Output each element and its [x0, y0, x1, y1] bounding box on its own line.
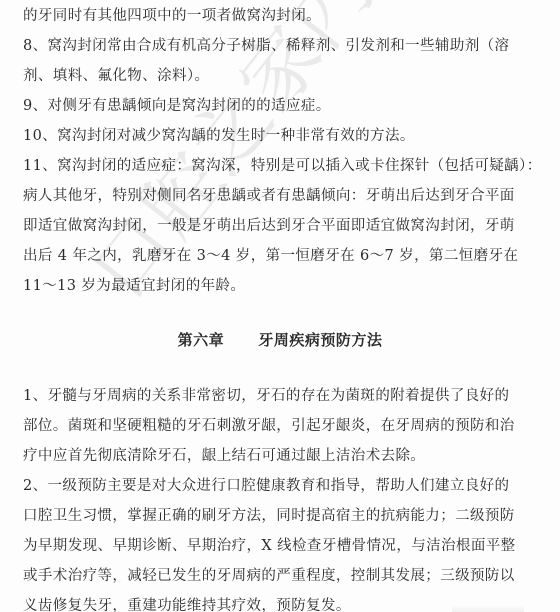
- paragraph-line: 11～13 岁为最适宜封闭的年龄。: [23, 276, 245, 296]
- paragraph-line: 为早期发现、早期诊断、早期治疗，X 线检查牙槽骨情况，与洁治根面平整: [23, 536, 516, 556]
- paragraph-line: 9、对侧牙有患龋倾向是窝沟封闭的的适应症。: [23, 96, 331, 116]
- document-page: 口腔之家内部资料 的牙同时有其他四项中的一项者做窝沟封闭。 8、窝沟封闭常由合成…: [0, 0, 560, 612]
- paragraph-line: 或手术治疗等，减轻已发生的牙周病的严重程度，控制其发展；三级预防以: [23, 566, 515, 586]
- paragraph-line: 10、窝沟封闭对减少窝沟龋的发生时一种非常有效的方法。: [23, 126, 415, 146]
- paragraph-line: 1、牙髓与牙周病的关系非常密切，牙石的存在为菌斑的附着提供了良好的: [23, 386, 509, 406]
- paragraph-line: 即适宜做窝沟封闭，一般是牙萌出后达到牙合平面即适宜做窝沟封闭，牙萌: [23, 216, 515, 236]
- paragraph-line: 8、窝沟封闭常由合成有机高分子树脂、稀释剂、引发剂和一些辅助剂（溶: [23, 36, 509, 56]
- paragraph-line: 病人其他牙，特别对侧同名牙患龋或者有患龋倾向：牙萌出后达到牙合平面: [23, 186, 515, 206]
- paragraph-line: 疗中应首先彻底清除牙石，龈上结石可通过龈上洁治术去除。: [23, 446, 425, 466]
- corner-smudge: [452, 604, 524, 612]
- paragraph-line: 义齿修复失牙，重建功能维持其疗效，预防复发。: [23, 596, 351, 612]
- paragraph-line: 口腔卫生习惯，掌握正确的刷牙方法，同时提高宿主的抗病能力；二级预防: [23, 506, 515, 526]
- paragraph-line: 出后 4 年之内，乳磨牙在 3～4 岁，第一恒磨牙在 6～7 岁，第二恒磨牙在: [23, 246, 518, 266]
- chapter-heading: 第六章 牙周疾病预防方法: [0, 329, 560, 350]
- paragraph-line: 部位。菌斑和坚硬粗糙的牙石刺激牙龈，引起牙龈炎，在牙周病的预防和治: [23, 416, 515, 436]
- paragraph-line: 剂、填料、氟化物、涂料）。: [23, 66, 209, 86]
- paragraph-line: 的牙同时有其他四项中的一项者做窝沟封闭。: [23, 6, 321, 26]
- paragraph-line: 11、窝沟封闭的适应症：窝沟深，特别是可以插入或卡住探针（包括可疑龋）：: [23, 156, 542, 176]
- paragraph-line: 2、一级预防主要是对大众进行口腔健康教育和指导，帮助人们建立良好的: [23, 476, 509, 496]
